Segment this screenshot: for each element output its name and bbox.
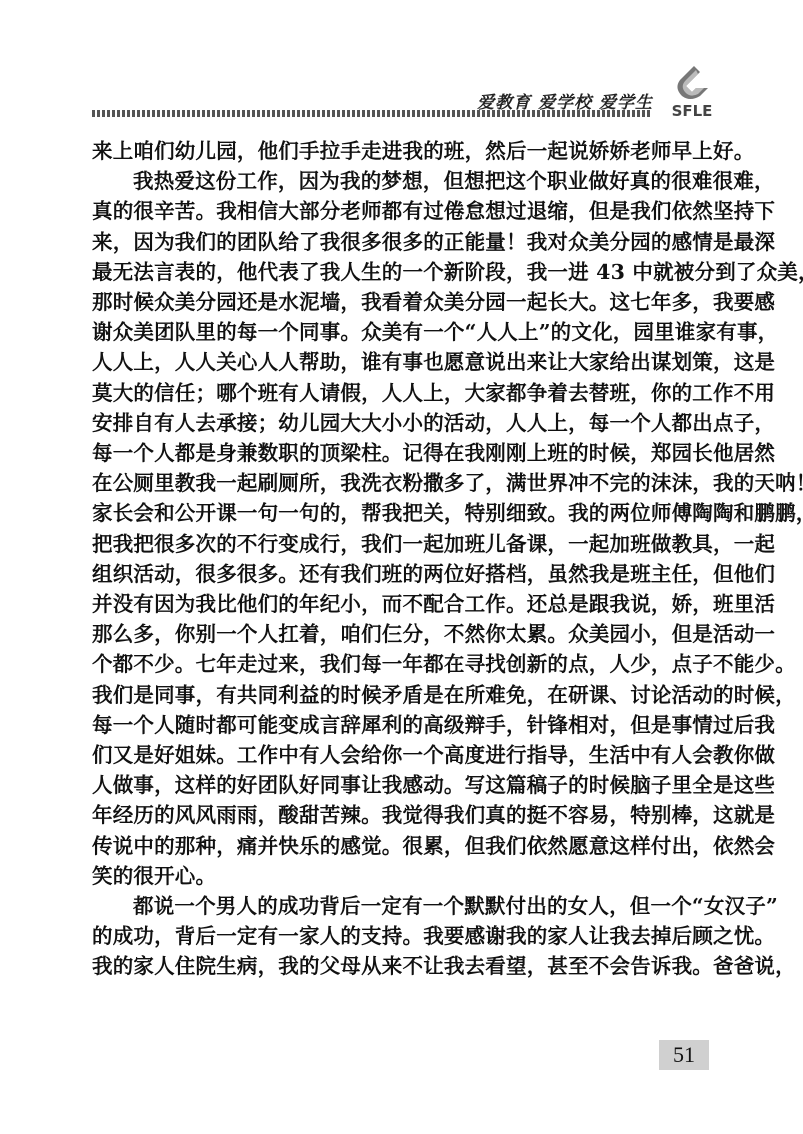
text-line: 最无法言表的，他代表了我人生的一个新阶段，我一进 43 中就被分到了众美， xyxy=(92,257,710,287)
text-line: 谢众美团队里的每一个同事。众美有一个“人人上”的文化，园里谁家有事， xyxy=(92,317,710,347)
text-line: 那时候众美分园还是水泥墙，我看着众美分园一起长大。这七年多，我要感 xyxy=(92,287,710,317)
page-number: 51 xyxy=(659,1040,709,1070)
text-line: 并没有因为我比他们的年纪小，而不配合工作。还总是跟我说，娇，班里活 xyxy=(92,589,710,619)
page-header: 爱教育 爱学校 爱学生 SFLE xyxy=(0,0,803,125)
sfle-logo: SFLE xyxy=(664,64,720,120)
text-line: 把我把很多次的不行变成行，我们一起加班儿备课，一起加班做教具，一起 xyxy=(92,529,710,559)
text-line: 人做事，这样的好团队好同事让我感动。写这篇稿子的时候脑子里全是这些 xyxy=(92,770,710,800)
text-line: 我的家人住院生病，我的父母从来不让我去看望，甚至不会告诉我。爸爸说， xyxy=(92,951,710,981)
text-line: 年经历的风风雨雨，酸甜苦辣。我觉得我们真的挺不容易，特别棒，这就是 xyxy=(92,800,710,830)
text-line: 每一个人随时都可能变成言辞犀利的高级辩手，针锋相对，但是事情过后我 xyxy=(92,710,710,740)
text-line: 们又是好姐妹。工作中有人会给你一个高度进行指导，生活中有人会教你做 xyxy=(92,740,710,770)
text-line: 真的很辛苦。我相信大部分老师都有过倦怠想过退缩，但是我们依然坚持下 xyxy=(92,196,710,226)
text-line: 家长会和公开课一句一句的，帮我把关，特别细致。我的两位师傅陶陶和鹏鹏， xyxy=(92,498,710,528)
article-body: 来上咱们幼儿园，他们手拉手走进我的班，然后一起说娇娇老师早上好。 我热爱这份工作… xyxy=(92,136,710,982)
text-line: 笑的很开心。 xyxy=(92,861,710,891)
text-line: 那么多，你别一个人扛着，咱们仨分，不然你太累。众美园小，但是活动一 xyxy=(92,619,710,649)
text-line: 人人上，人人关心人人帮助，谁有事也愿意说出来让大家给出谋划策，这是 xyxy=(92,347,710,377)
text-line: 我热爱这份工作，因为我的梦想，但想把这个职业做好真的很难很难， xyxy=(92,166,710,196)
text-line: 我们是同事，有共同利益的时候矛盾是在所难免，在研课、讨论活动的时候， xyxy=(92,680,710,710)
text-line: 组织活动，很多很多。还有我们班的两位好搭档，虽然我是班主任，但他们 xyxy=(92,559,710,589)
paragraph-3: 都说一个男人的成功背后一定有一个默默付出的女人，但一个“女汉子” 的成功，背后一… xyxy=(92,891,710,982)
text-line: 传说中的那种，痛并快乐的感觉。很累，但我们依然愿意这样付出，依然会 xyxy=(92,831,710,861)
text-line: 都说一个男人的成功背后一定有一个默默付出的女人，但一个“女汉子” xyxy=(92,891,710,921)
text-line: 来上咱们幼儿园，他们手拉手走进我的班，然后一起说娇娇老师早上好。 xyxy=(92,136,710,166)
text-line: 在公厕里教我一起刷厕所，我洗衣粉撒多了，满世界冲不完的沫沫，我的天呐！ xyxy=(92,468,710,498)
paragraph-2: 我热爱这份工作，因为我的梦想，但想把这个职业做好真的很难很难， 真的很辛苦。我相… xyxy=(92,166,710,891)
text-line: 的成功，背后一定有一家人的支持。我要感谢我的家人让我去掉后顾之忧。 xyxy=(92,921,710,951)
text-line: 个都不少。七年走过来，我们每一年都在寻找创新的点，人少，点子不能少。 xyxy=(92,649,710,679)
paragraph-1: 来上咱们幼儿园，他们手拉手走进我的班，然后一起说娇娇老师早上好。 xyxy=(92,136,710,166)
text-line: 来，因为我们的团队给了我很多很多的正能量！我对众美分园的感情是最深 xyxy=(92,227,710,257)
logo-text: SFLE xyxy=(664,102,720,120)
header-dotted-rule xyxy=(92,110,652,117)
text-line: 安排自有人去承接；幼儿园大大小小的活动，人人上，每一个人都出点子， xyxy=(92,408,710,438)
text-line: 莫大的信任；哪个班有人请假，人人上，大家都争着去替班，你的工作不用 xyxy=(92,378,710,408)
sfle-logo-icon xyxy=(672,64,712,102)
text-line: 每一个人都是身兼数职的顶梁柱。记得在我刚刚上班的时候，郑园长他居然 xyxy=(92,438,710,468)
